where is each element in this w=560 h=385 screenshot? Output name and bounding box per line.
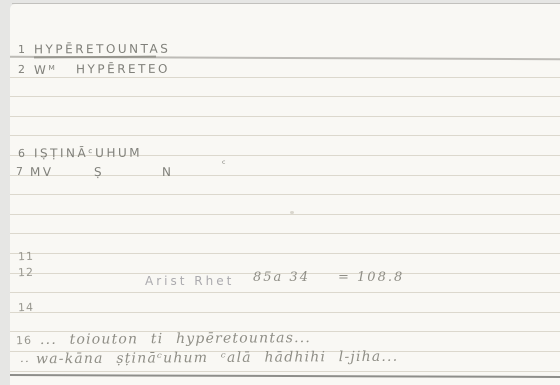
witness-siglum-wm: Wᴹ <box>34 63 57 77</box>
ruled-line <box>10 77 560 78</box>
line-number-16: 16 <box>16 334 32 348</box>
headword-greek: HYPĒRETEO <box>76 62 170 76</box>
line-number-14: 14 <box>18 301 34 315</box>
scanned-index-card-screenshot: 1 HYPĒRETOUNTAS 2 Wᴹ HYPĒRETEO 6 IṢṬINĀᶜ… <box>0 0 560 385</box>
line-number-7: 7 <box>16 165 24 178</box>
greek-quotation: ... toiouton ti hypēretountas... <box>40 330 311 348</box>
line-number-6: 6 <box>18 147 26 160</box>
ruled-line <box>10 312 560 313</box>
lemma-greek-transliteration: HYPĒRETOUNTAS <box>34 42 170 57</box>
ruled-line <box>10 253 560 254</box>
card-bottom-heavy-rule <box>10 374 560 378</box>
source-stamp-arist-rhet: Arist Rhet <box>145 274 234 288</box>
ruled-line <box>10 194 560 195</box>
index-card: 1 HYPĒRETOUNTAS 2 Wᴹ HYPĒRETEO 6 IṢṬINĀᶜ… <box>10 4 560 385</box>
witness-siglum-mv: MV <box>30 165 54 179</box>
ruled-line <box>10 116 560 117</box>
line-number-1: 1 <box>18 43 26 56</box>
ruled-line <box>10 214 560 215</box>
ruled-line <box>10 175 560 176</box>
line-number-2: 2 <box>18 63 26 76</box>
ruled-line <box>10 371 560 372</box>
ruled-line <box>10 233 560 234</box>
line-number-12: 12 <box>18 266 34 280</box>
isolated-letter-n: N <box>162 165 174 179</box>
continuation-dots: .. <box>20 351 30 365</box>
lemma-arabic-transliteration: IṢṬINĀᶜUHUM <box>34 146 142 161</box>
line-number-11: 11 <box>18 250 34 264</box>
ruled-line <box>10 96 560 97</box>
isolated-ayn-mark: ᶜ <box>222 159 228 170</box>
ruled-line <box>10 292 560 293</box>
bekker-locus: 85a 34 <box>253 270 310 285</box>
edition-reference: = 108.8 <box>338 270 404 285</box>
pencil-speck <box>290 211 294 214</box>
isolated-letter-sad: Ṣ <box>94 165 104 179</box>
ruled-line <box>10 135 560 136</box>
arabic-quotation: wa-kāna ṣṭināᶜuhum ᶜalā hādhihi l-jiha..… <box>36 349 398 368</box>
